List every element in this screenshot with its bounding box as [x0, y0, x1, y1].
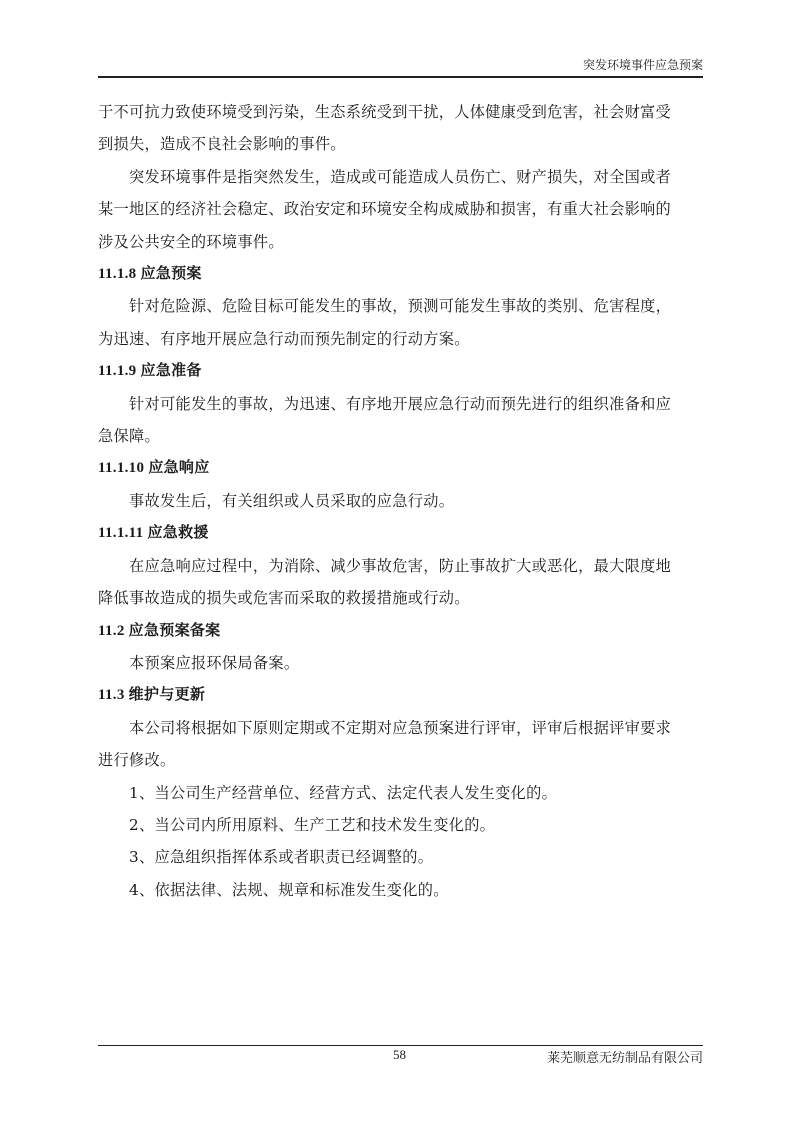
list-item: 2、当公司内所用原料、生产工艺和技术发生变化的。: [98, 809, 703, 841]
list-item: 3、应急组织指挥体系或者职责已经调整的。: [98, 841, 703, 873]
section-heading: 11.1.10 应急响应: [98, 452, 703, 484]
page-body: 于不可抗力致使环境受到污染，生态系统受到干扰，人体健康受到危害，社会财富受 到损…: [98, 96, 703, 906]
paragraph-line: 针对可能发生的事故，为迅速、有序地开展应急行动而预先进行的组织准备和应: [98, 388, 703, 420]
paragraph-line: 突发环境事件是指突然发生，造成或可能造成人员伤亡、财产损失，对全国或者: [98, 161, 703, 193]
paragraph-line: 事故发生后，有关组织或人员采取的应急行动。: [98, 485, 703, 517]
section-heading: 11.1.11 应急救援: [98, 517, 703, 549]
paragraph-line: 涉及公共安全的环境事件。: [98, 226, 703, 258]
header-divider: [98, 76, 703, 78]
paragraph-line: 针对危险源、危险目标可能发生的事故，预测可能发生事故的类别、危害程度，: [98, 290, 703, 322]
page-number: 58: [393, 1047, 406, 1063]
paragraph-line: 降低事故造成的损失或危害而采取的救援措施或行动。: [98, 582, 703, 614]
section-heading: 11.2 应急预案备案: [98, 615, 703, 647]
paragraph-line: 为迅速、有序地开展应急行动而预先制定的行动方案。: [98, 323, 703, 355]
paragraph-line: 进行修改。: [98, 744, 703, 776]
paragraph-line: 在应急响应过程中，为消除、减少事故危害，防止事故扩大或恶化，最大限度地: [98, 550, 703, 582]
paragraph-line: 于不可抗力致使环境受到污染，生态系统受到干扰，人体健康受到危害，社会财富受: [98, 96, 703, 128]
document-title: 突发环境事件应急预案: [583, 56, 703, 73]
section-heading: 11.1.9 应急准备: [98, 355, 703, 387]
paragraph-line: 本公司将根据如下原则定期或不定期对应急预案进行评审，评审后根据评审要求: [98, 712, 703, 744]
footer-divider: [98, 1045, 703, 1046]
paragraph-line: 某一地区的经济社会稳定、政治安定和环境安全构成威胁和损害，有重大社会影响的: [98, 193, 703, 225]
list-item: 4、依据法律、法规、规章和标准发生变化的。: [98, 874, 703, 906]
list-item: 1、当公司生产经营单位、经营方式、法定代表人发生变化的。: [98, 777, 703, 809]
paragraph-line: 到损失，造成不良社会影响的事件。: [98, 128, 703, 160]
section-heading: 11.3 维护与更新: [98, 679, 703, 711]
paragraph-line: 本预案应报环保局备案。: [98, 647, 703, 679]
paragraph-line: 急保障。: [98, 420, 703, 452]
section-heading: 11.1.8 应急预案: [98, 258, 703, 290]
company-name: 莱芜顺意无纺制品有限公司: [547, 1047, 703, 1066]
